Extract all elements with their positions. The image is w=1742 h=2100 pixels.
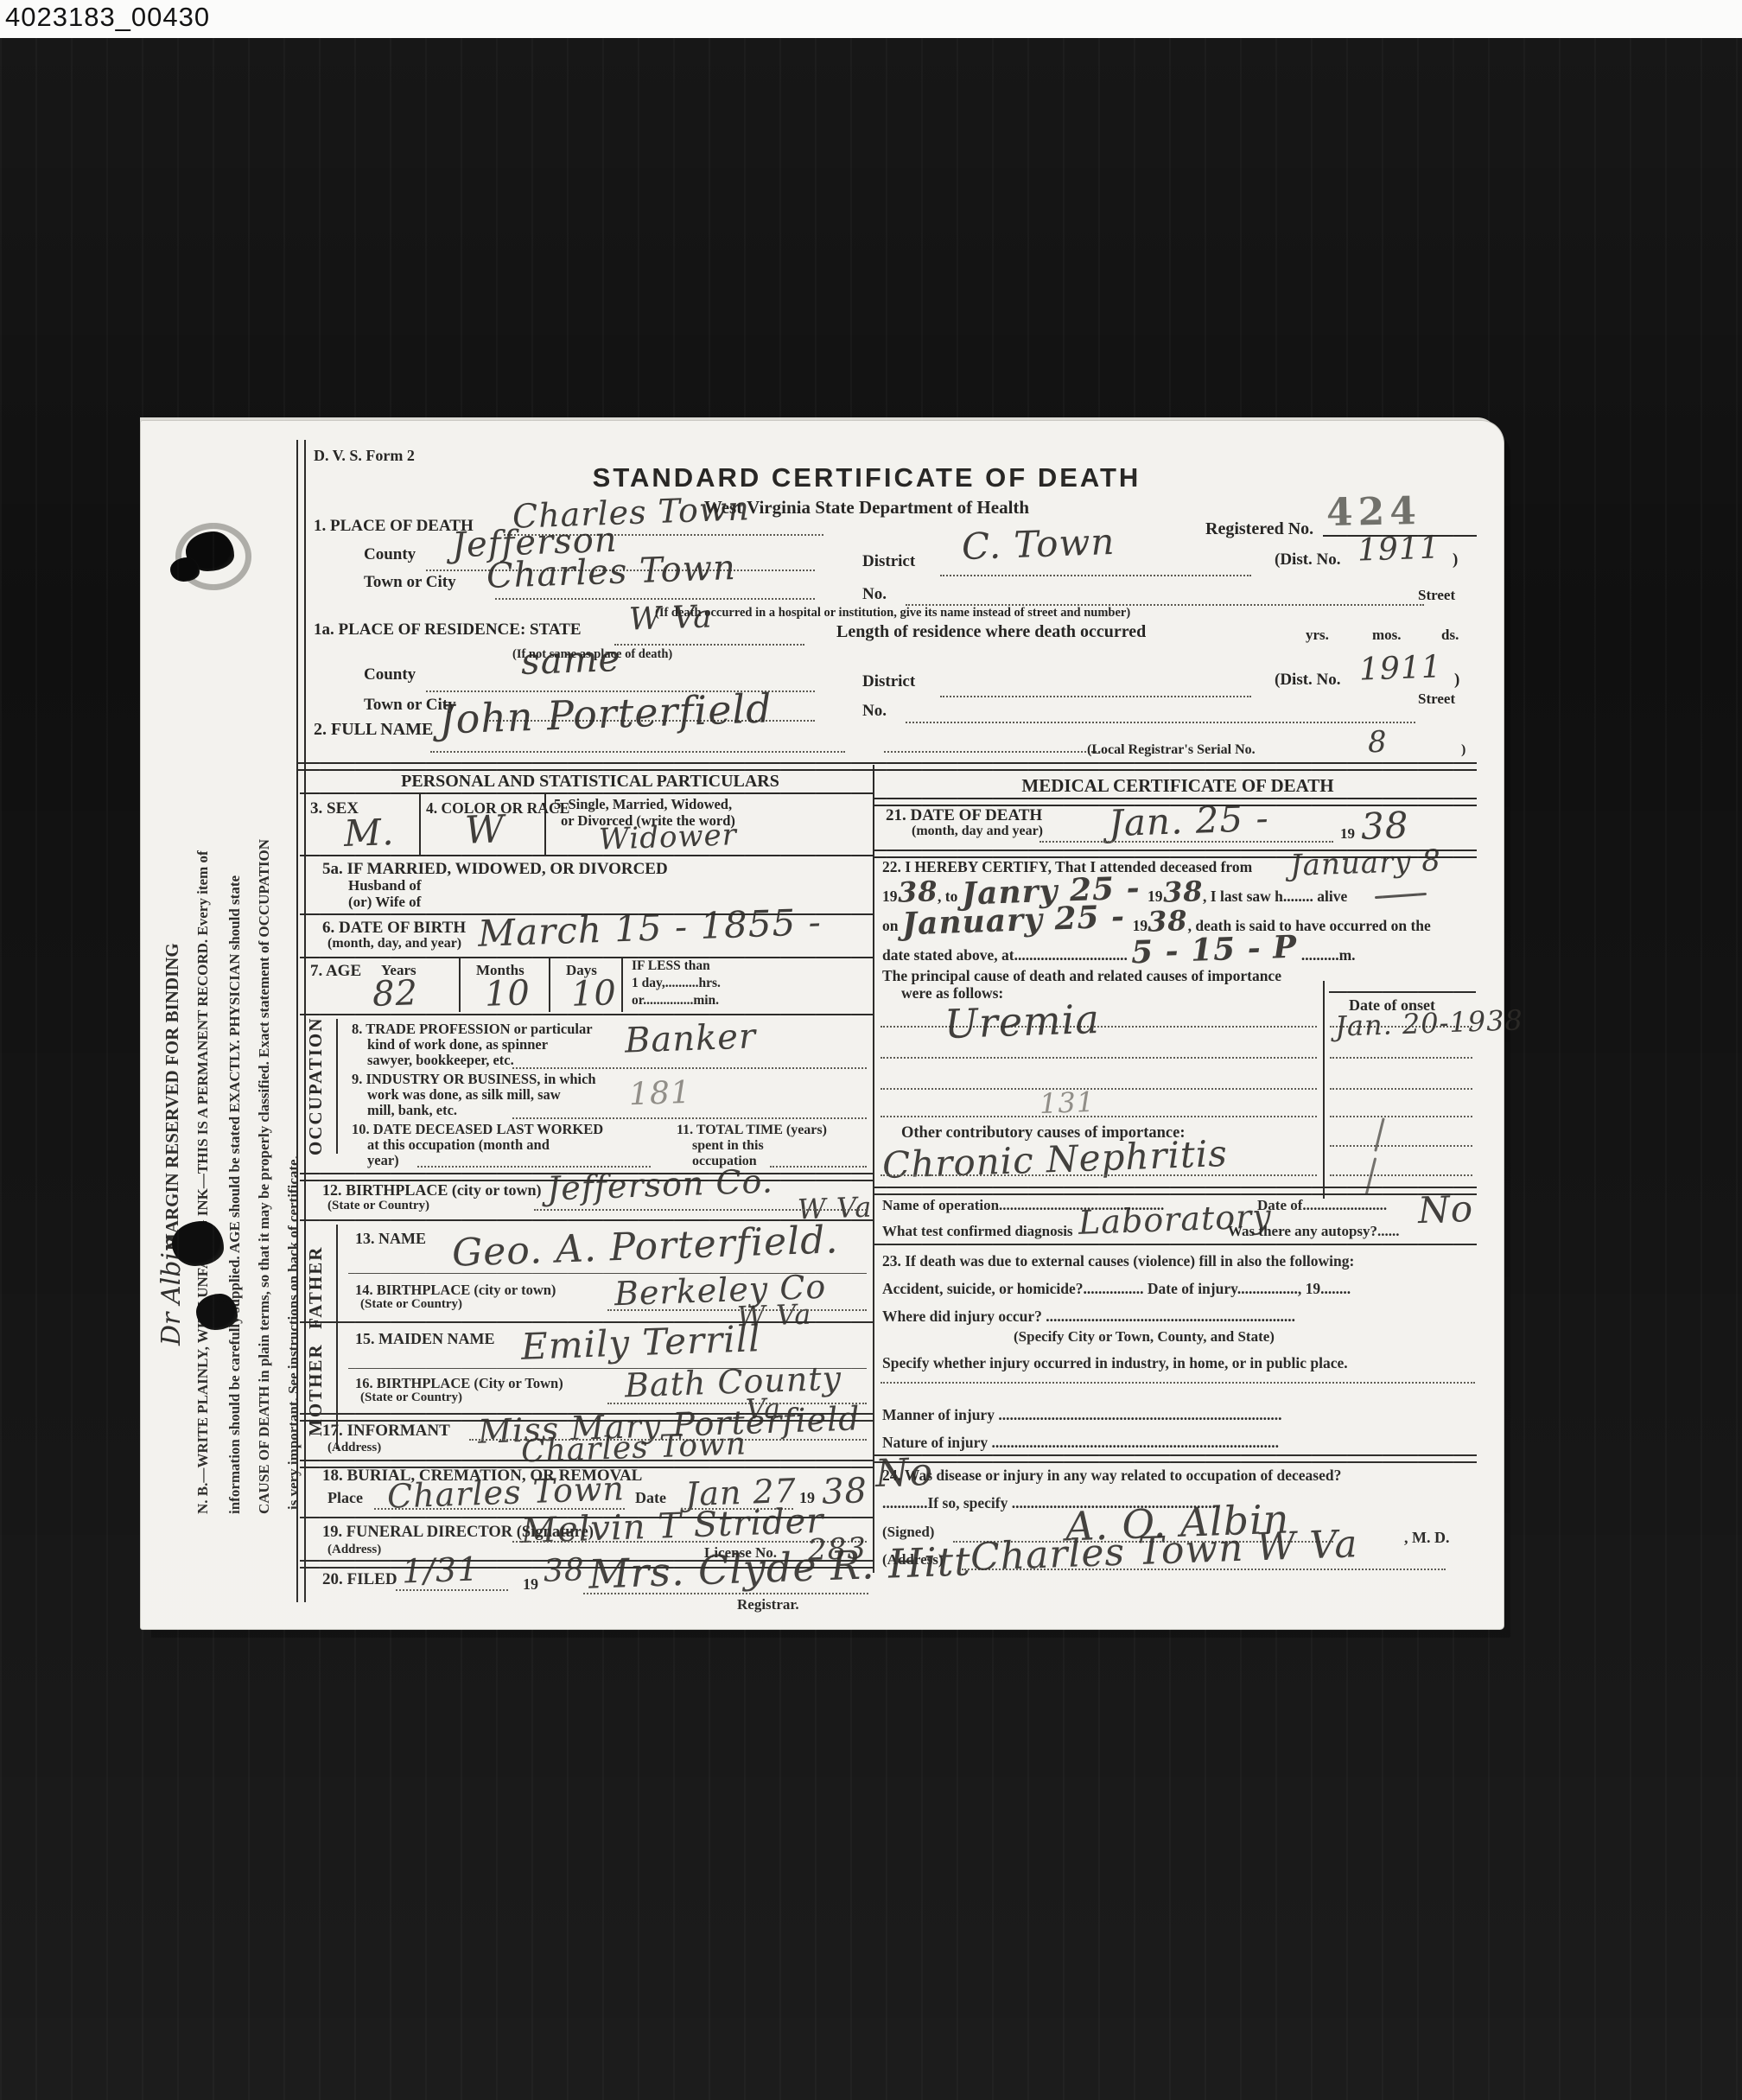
dist-no2-close: ) (1454, 671, 1459, 690)
dotted-line (940, 696, 1251, 697)
q23-whether-line: Specify whether injury occurred in indus… (882, 1354, 1348, 1372)
certify-line-5: The principal cause of death and related… (882, 967, 1281, 985)
dotted-line (512, 1067, 867, 1069)
town-value: Charles Town (486, 548, 736, 596)
hospital-note: (If death occurred in a hospital or inst… (655, 606, 1130, 620)
cause-onset-value: Jan. 20-1938 (1334, 1003, 1523, 1043)
onset-column-divider (1323, 981, 1325, 1199)
q23-label: 23. If death was due to external causes … (882, 1252, 1354, 1270)
dist-no-label: (Dist. No. (1275, 550, 1341, 570)
age-less-3: or...............min. (632, 993, 719, 1009)
q12-label-1: 12. BIRTHPLACE (city or town) (322, 1181, 542, 1200)
certify-to-year: 38 (1163, 891, 1204, 893)
scanned-death-certificate-page: { "scan": { "id": "4023183_00430" }, "ma… (0, 0, 1742, 2100)
dotted-line (583, 1593, 868, 1594)
registered-no-label: Registered No. (1205, 519, 1313, 540)
q15-label: 15. MAIDEN NAME (355, 1330, 495, 1348)
q23-specify-note: (Specify City or Town, County, and State… (1014, 1328, 1275, 1346)
test-label: What test confirmed diagnosis (882, 1223, 1073, 1240)
county-label: County (364, 545, 416, 564)
dotted-line (881, 1382, 1475, 1384)
q18-place-label: Place (327, 1489, 363, 1507)
q23-where-line: Where did injury occur? ................… (882, 1308, 1295, 1326)
q5a-husband: Husband of (348, 877, 422, 894)
certify-lastsaw-year: 38 (1148, 920, 1188, 922)
q16-label-2: (State or Country) (360, 1390, 462, 1406)
section-divider (873, 1454, 1477, 1463)
q5a-wife: (or) Wife of (348, 894, 421, 911)
district-label: District (862, 552, 915, 571)
town-label: Town or City (364, 573, 456, 592)
cell-divider (621, 958, 623, 1012)
certificate-paper: MARGIN RESERVED FOR BINDING N. B.—WRITE … (141, 421, 1504, 1629)
ink-blot (170, 557, 200, 582)
q10-label-2: at this occupation (month and (367, 1136, 550, 1153)
q24-label: 24. Was disease or injury in any way rel… (882, 1467, 1341, 1485)
q11-label-1: 11. TOTAL TIME (years) (677, 1123, 827, 1139)
dotted-line (534, 1209, 867, 1211)
line (300, 792, 873, 794)
ink-blot (196, 1294, 238, 1330)
margin-doctor-note: Dr Albin (156, 1104, 187, 1346)
q17-label: 17. INFORMANT (322, 1422, 450, 1441)
district-value: C. Town (961, 520, 1116, 568)
address-label: (Address) (882, 1551, 944, 1569)
fullname-value: John Porterfield (438, 684, 772, 742)
q21-value: Jan. 25 - (1108, 797, 1269, 844)
scan-label-strip: 4023183_00430 (0, 0, 1742, 38)
no2-label: No. (862, 702, 887, 721)
dotted-line (1330, 1145, 1472, 1147)
nature-of-injury-label: Nature of injury .......................… (882, 1434, 1279, 1452)
dotted-line (396, 1589, 508, 1591)
yrs-label: yrs. (1306, 627, 1329, 644)
margin-line-2: N. B.—WRITE PLAINLY, WITH UNFADING INK—T… (194, 538, 212, 1514)
q20-label: 20. FILED (322, 1570, 397, 1589)
q9-value: 181 (628, 1075, 691, 1112)
signed-label: (Signed) (882, 1524, 934, 1541)
dotted-line (512, 1117, 867, 1119)
age-days-value: 10 (570, 973, 617, 1015)
section-divider (873, 1187, 1477, 1195)
form-title: STANDARD CERTIFICATE OF DEATH (478, 462, 1256, 494)
q13-label: 13. NAME (355, 1230, 426, 1248)
serial-label: (Local Registrar's Serial No. (1087, 742, 1256, 759)
registered-no-value: 424 (1326, 489, 1422, 535)
serial-close: ) (1461, 742, 1465, 759)
dotted-line (495, 598, 815, 600)
form-number: D. V. S. Form 2 (314, 447, 415, 465)
dist-no2-value: 1911 (1358, 649, 1442, 687)
dotted-line (881, 1116, 1317, 1117)
dotted-line (1330, 1088, 1472, 1090)
q17-addr-label: (Address) (327, 1441, 381, 1456)
residence-value: W Va (628, 599, 713, 637)
q8-value: Banker (624, 1016, 757, 1060)
certify-text: on (882, 917, 898, 934)
dotted-line (607, 1309, 867, 1311)
age-less-1: IF LESS than (632, 958, 710, 974)
cell-divider (459, 958, 461, 1012)
q19-addr-label: (Address) (327, 1543, 381, 1558)
q23-accident-line: Accident, suicide, or homicide?.........… (882, 1280, 1351, 1298)
occupation-group-label: OCCUPATION (305, 1026, 327, 1155)
q24-value: No (874, 1450, 934, 1496)
dotted-line (614, 644, 804, 646)
certify-to-value: Janry 25 - (962, 888, 1140, 894)
margin-line-3: information should be carefully supplied… (226, 538, 244, 1514)
dotted-line (940, 575, 1251, 576)
age-months-value: 10 (484, 973, 531, 1015)
q10-label-1: 10. DATE DECEASED LAST WORKED (352, 1121, 603, 1137)
q20-registrar-label: Registrar. (737, 1596, 799, 1613)
dotted-line (1330, 1057, 1472, 1059)
serial-value: 8 (1367, 725, 1388, 760)
q8-label-3: sawyer, bookkeeper, etc. (367, 1052, 514, 1068)
ink-blot (172, 1221, 224, 1266)
q14-label-1: 14. BIRTHPLACE (city or town) (355, 1282, 556, 1298)
cause-of-death-value: Uremia (944, 996, 1101, 1047)
ds-label: ds. (1441, 627, 1459, 644)
certify-from-year: 38 (898, 891, 938, 893)
section-divider (296, 762, 1477, 771)
q9-label-2: work was done, as silk mill, saw (367, 1086, 561, 1103)
line (300, 957, 873, 958)
certify-line-3: on January 25 - 1938, death is said to h… (882, 917, 1431, 935)
age-label: 7. AGE (310, 962, 361, 981)
group-bracket (336, 1019, 338, 1154)
certify-from-value: January 8 (1289, 843, 1441, 883)
street2-label: Street (1418, 690, 1455, 708)
cell-divider (544, 794, 546, 855)
certify-lastsaw-value: January 25 - (902, 916, 1125, 924)
q18-date-label: Date (635, 1489, 666, 1507)
dob-sublabel: (month, day, and year) (327, 936, 461, 952)
line (1329, 991, 1476, 993)
dotted-line (430, 751, 845, 753)
operation-date-label: Date of....................... (1257, 1197, 1387, 1214)
dotted-line (1330, 1116, 1472, 1117)
q20-date-value: 1/31 (401, 1550, 480, 1590)
fullname-label: 2. FULL NAME (314, 720, 433, 741)
q8-label-2: kind of work done, as spinner (367, 1036, 548, 1053)
length-residence-label: Length of residence where death occurred (836, 622, 1146, 643)
district2-label: District (862, 672, 915, 691)
address-value: Charles Town W Va (970, 1522, 1358, 1580)
dotted-line (881, 1174, 1317, 1176)
dotted-line (884, 751, 1100, 753)
q20-yr-label: 19 (523, 1575, 538, 1594)
dotted-line (881, 1057, 1317, 1059)
certify-text: 19 (1148, 888, 1163, 905)
residence-label: 1a. PLACE OF RESIDENCE: STATE (314, 620, 582, 640)
q20-yr-value: 38 (543, 1552, 585, 1589)
q15-value: Emily Terrill (520, 1317, 761, 1368)
dob-value: March 15 - 1855 - (477, 900, 822, 955)
line (873, 1244, 1477, 1245)
age-years-value: 82 (372, 973, 418, 1015)
certify-text: 19 (1133, 917, 1148, 934)
dotted-line (906, 722, 1415, 723)
certify-time-value: 5 - 15 - P (1131, 947, 1297, 953)
cell-divider (549, 958, 550, 1012)
dotted-line (1330, 1174, 1472, 1176)
marital-label-1: 5. Single, Married, Widowed, (554, 796, 732, 812)
dotted-line (1039, 841, 1333, 843)
certify-text: , to (938, 888, 957, 905)
place-of-death-label: 1. PLACE OF DEATH (314, 517, 474, 536)
mos-label: mos. (1372, 627, 1402, 644)
md-label: , M. D. (1404, 1529, 1450, 1547)
age-less-2: 1 day,..........hrs. (632, 976, 721, 991)
autopsy-label: Was there any autopsy?...... (1228, 1223, 1400, 1240)
q12-label-2: (State or Country) (327, 1199, 429, 1214)
certify-text: alive (1317, 888, 1347, 905)
dotted-line (770, 1166, 867, 1168)
street-label: Street (1418, 587, 1455, 604)
scan-id-label: 4023183_00430 (5, 2, 210, 33)
q13-value: Geo. A. Porterfield. (451, 1218, 839, 1276)
marital-value: Widower (598, 818, 737, 857)
dotted-line (881, 1088, 1317, 1090)
dist-no2-label: (Dist. No. (1275, 671, 1341, 690)
certify-text: , I last saw h (1203, 888, 1283, 905)
q16-label-1: 16. BIRTHPLACE (City or Town) (355, 1375, 563, 1391)
q14-label-2: (State or Country) (360, 1297, 462, 1313)
cell-divider (419, 794, 421, 855)
sex-value: M. (343, 811, 395, 855)
certify-line-4: date stated above, at...................… (882, 946, 1356, 964)
manner-of-injury-label: Manner of injury .......................… (882, 1406, 1281, 1424)
q21-yr-label: 19 (1340, 825, 1355, 843)
race-value: W (464, 807, 505, 853)
q21-yr-value: 38 (1360, 804, 1409, 848)
q12-value: Jefferson Co. (546, 1161, 773, 1207)
q9-label-1: 9. INDUSTRY OR BUSINESS, in which (352, 1071, 596, 1087)
dist-no-value: 1911 (1357, 530, 1440, 568)
father-group-label: FATHER (305, 1231, 327, 1344)
q11-label-2: spent in this (692, 1138, 764, 1155)
personal-section-title: PERSONAL AND STATISTICAL PARTICULARS (357, 772, 823, 792)
q18-yr-value: 38 (821, 1471, 868, 1512)
medical-section-title: MEDICAL CERTIFICATE OF DEATH (893, 775, 1463, 797)
line (300, 855, 873, 856)
q21-sublabel: (month, day and year) (912, 824, 1043, 840)
strikethrough-mark (1375, 893, 1427, 899)
county2-label: County (364, 665, 416, 684)
autopsy-value: No (1417, 1187, 1474, 1231)
no-label: No. (862, 585, 887, 604)
q16-value: Bath County (624, 1359, 842, 1405)
certify-text: m. (1339, 946, 1356, 964)
county2-value: same (520, 637, 621, 683)
q9-label-3: mill, bank, etc. (367, 1102, 457, 1118)
q8-label-1: 8. TRADE PROFESSION or particular (352, 1021, 593, 1037)
dist-no-close: ) (1453, 550, 1458, 570)
line (300, 1014, 873, 1015)
margin-line-4: CAUSE OF DEATH in plain terms, so that i… (256, 538, 273, 1514)
q10-label-3: year) (367, 1152, 399, 1168)
certify-text: date stated above, at (882, 946, 1014, 964)
certify-text: 19 (882, 888, 898, 905)
